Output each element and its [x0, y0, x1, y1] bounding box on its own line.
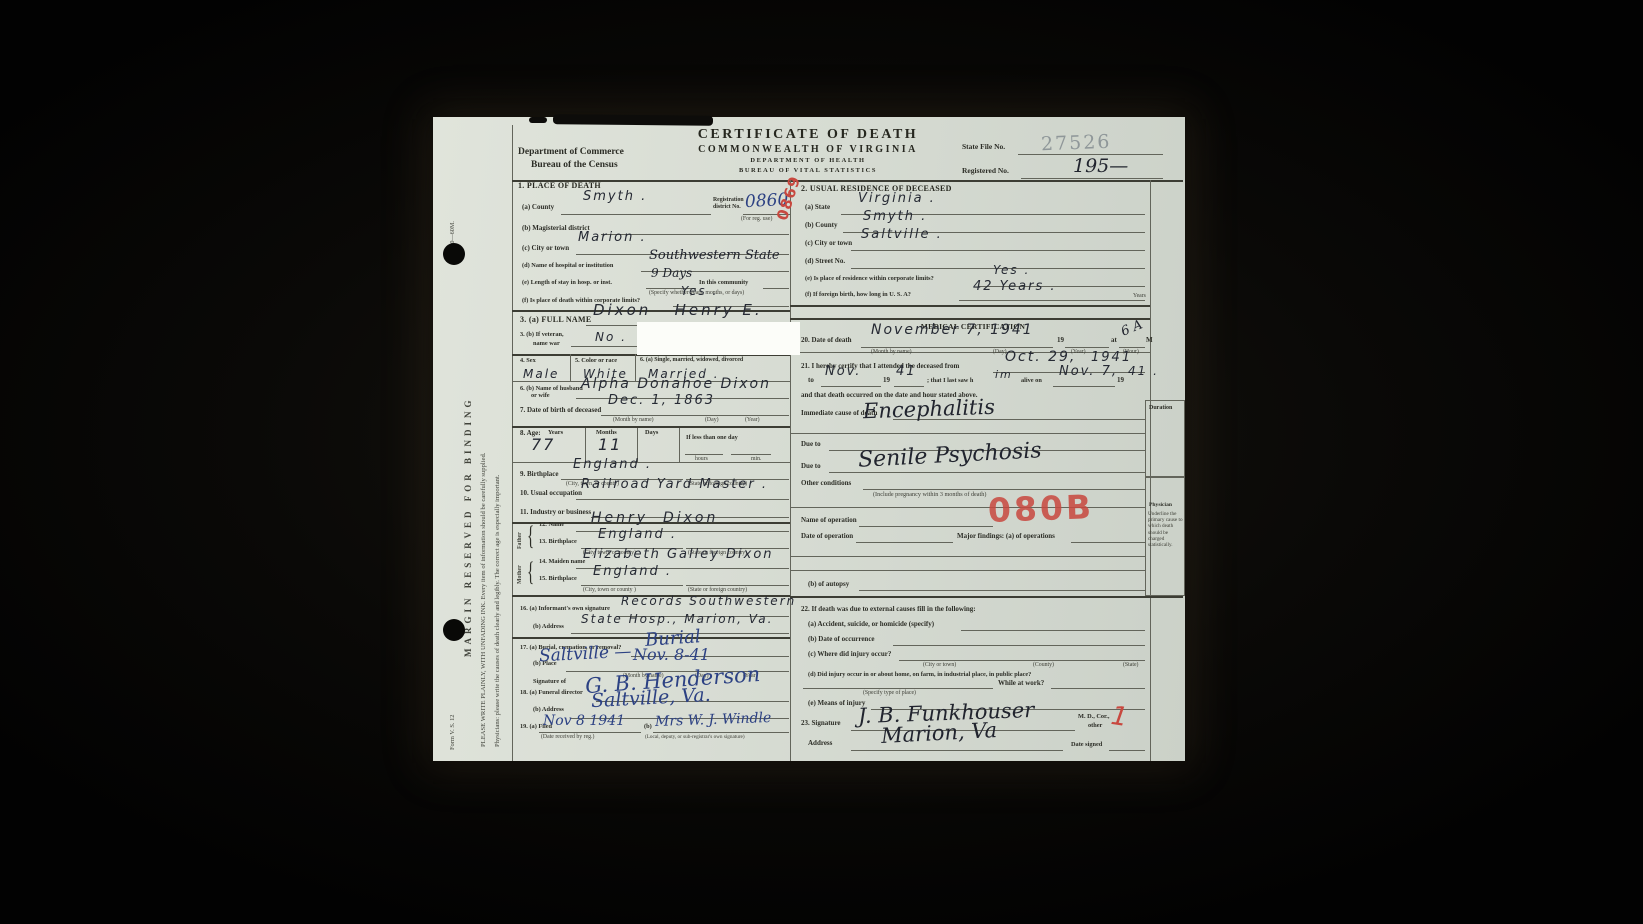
- while-at-work-label: While at work?: [998, 679, 1044, 687]
- injury-state-note: (State): [1123, 662, 1138, 668]
- section-divider: [512, 426, 790, 428]
- other-conditions-label: Other conditions: [801, 479, 851, 487]
- alive-on-year: 41 .: [1128, 364, 1159, 378]
- rule: [561, 214, 711, 215]
- header-divider: [512, 180, 1183, 182]
- attended-from-year: 1941: [1091, 350, 1132, 365]
- foreign-birth-label: (f) If foreign birth, how long in U. S. …: [805, 291, 911, 298]
- state-file-label: State File No.: [962, 142, 1005, 151]
- due-to-label-2: Due to: [801, 462, 821, 470]
- alive-on-label: alive on: [1021, 377, 1042, 384]
- md-cor-label: M. D., Cor.,: [1078, 713, 1109, 720]
- mother-birthplace-note1: (City, town or county ): [583, 587, 636, 593]
- veteran-label: 3. (b) If veteran,: [520, 331, 564, 338]
- him-value: im: [995, 368, 1013, 381]
- filed-date-note: (Date received by reg.): [541, 734, 594, 740]
- meridiem-label: M: [1146, 336, 1153, 344]
- mother-maiden-value: Elizabeth Galley Dixon: [583, 547, 774, 562]
- veteran-label2: name war: [533, 340, 560, 347]
- mother-brace: {: [527, 559, 534, 590]
- min-label: min.: [751, 456, 761, 462]
- mother-birthplace-label: 15. Birthplace: [539, 575, 577, 582]
- full-name-value: Dixon Henry E.: [593, 301, 763, 319]
- rule: [851, 750, 1063, 751]
- residence-city-value: Saltville .: [861, 227, 943, 242]
- age-years-value: 77: [531, 435, 555, 454]
- registration-district-label2: district No.: [713, 204, 741, 210]
- section-divider: [790, 596, 1183, 598]
- city-label: (c) City or town: [522, 244, 569, 252]
- hours-label: hours: [695, 456, 708, 462]
- injury-place-label: (d) Did injury occur in or about home, o…: [808, 671, 1031, 678]
- injury-county-note: (County): [1033, 662, 1054, 668]
- rule: [829, 472, 1145, 473]
- bureau-census: Bureau of the Census: [531, 160, 618, 170]
- last-saw-label: ; that I last saw h: [927, 377, 973, 384]
- printed-19a: 19: [883, 376, 890, 384]
- rule: [1053, 386, 1115, 387]
- printed-19b: 19: [1117, 376, 1124, 384]
- birth-date-value: Dec. 1, 1863: [608, 393, 715, 408]
- father-name-label: 12. Name: [539, 521, 564, 528]
- physician-note: Underline the primary cause to which dea…: [1148, 511, 1183, 548]
- death-date-label: 20. Date of death: [801, 336, 852, 344]
- physician-address-label: Address: [808, 739, 832, 747]
- rule: [959, 300, 1145, 301]
- dept-health: DEPARTMENT OF HEALTH: [663, 157, 953, 164]
- birth-date-label: 7. Date of birth of deceased: [520, 406, 601, 414]
- residence-corporate-label: (e) Is place of residence within corpora…: [805, 275, 934, 282]
- injury-city-note: (City or town): [923, 662, 956, 668]
- major-findings-label: Major findings: (a) of operations: [957, 532, 1055, 540]
- death-month-note: (Month by name): [871, 349, 912, 355]
- city-value: Marion .: [578, 230, 647, 245]
- rule: [893, 645, 1145, 646]
- rule: [653, 732, 789, 733]
- alive-on-value: Nov. 7,: [1059, 364, 1118, 379]
- rule: [581, 585, 683, 586]
- filed-date-value: Nov 8 1941: [543, 713, 625, 729]
- form-left-border: [512, 125, 513, 761]
- rule: [1051, 688, 1145, 689]
- rule: [685, 454, 723, 455]
- rule: [859, 590, 1145, 591]
- sex-label: 4. Sex: [520, 357, 536, 364]
- occupation-value: Railroad Yard Master .: [581, 477, 768, 492]
- printed-19: 19: [1057, 336, 1064, 344]
- punch-hole: [443, 243, 465, 265]
- mother-birthplace-note2: (State or foreign country): [688, 587, 747, 593]
- residence-county-label: (b) County: [805, 221, 837, 229]
- informant-value: Records Southwestern: [621, 594, 796, 608]
- informant-label: 16. (a) Informant's own signature: [520, 605, 610, 612]
- rule: [821, 386, 881, 387]
- due-to-label-1: Due to: [801, 440, 821, 448]
- hospital-label: (d) Name of hospital or institution: [522, 262, 613, 269]
- attended-to-value: Nov.: [825, 364, 861, 379]
- scan-artifact: [553, 114, 713, 126]
- rule: [961, 630, 1145, 631]
- birthplace-label: 9. Birthplace: [520, 470, 559, 478]
- punch-hole: [443, 619, 465, 641]
- county-value: Smyth .: [583, 189, 647, 204]
- street-no-label: (d) Street No.: [805, 257, 845, 265]
- mother-maiden-label: 14. Maiden name: [539, 558, 585, 565]
- age-days-label: Days: [645, 429, 658, 436]
- residence-city-label: (c) City or town: [805, 239, 852, 247]
- registered-no-value: 195—: [1073, 155, 1128, 177]
- injury-where-label: (c) Where did injury occur?: [808, 650, 891, 658]
- rule: [899, 660, 1145, 661]
- funeral-address-label: (b) Address: [533, 706, 564, 713]
- redaction-box: [637, 322, 800, 355]
- veteran-value: No .: [595, 330, 627, 344]
- spouse-value: Alpha Donahoe Dixon: [581, 376, 771, 392]
- signature-of-label: Signature of: [533, 678, 566, 685]
- rule: [539, 732, 641, 733]
- full-name-label: 3. (a) FULL NAME: [520, 315, 591, 324]
- certificate-title: CERTIFICATE OF DEATH: [663, 127, 953, 143]
- father-birthplace-value: England .: [598, 527, 677, 542]
- years-note: Years: [1133, 293, 1146, 299]
- scan-artifact: [529, 117, 547, 123]
- month-note: (Month by name): [613, 417, 654, 423]
- margin-instructions-line2: Physicians: please write the causes of d…: [494, 129, 501, 747]
- rule: [576, 499, 789, 500]
- occurrence-date-label: (b) Date of occurrence: [808, 635, 875, 643]
- date-signed-label: Date signed: [1071, 741, 1102, 748]
- section-divider: [790, 305, 1150, 307]
- rule: [1021, 178, 1163, 179]
- cell-divider: [570, 354, 571, 381]
- attended-from-value: Oct. 29,: [1005, 349, 1076, 365]
- marital-label: 6. (a) Single, married, widowed, divorce…: [640, 357, 743, 363]
- rule: [861, 347, 1053, 348]
- less-than-day-label: If less than one day: [686, 434, 738, 441]
- rule: [790, 433, 1145, 434]
- accident-label: (a) Accident, suicide, or homicide (spec…: [808, 620, 934, 628]
- place-type-note: (Specify type of place): [863, 690, 916, 696]
- due-to-value: Senile Psychosis: [857, 438, 1042, 473]
- rule: [790, 556, 1145, 557]
- bureau-vital-statistics: BUREAU OF VITAL STATISTICS: [663, 167, 953, 174]
- registration-district-label: Registration: [713, 197, 744, 203]
- foreign-birth-value: 42 Years .: [973, 279, 1057, 294]
- commonwealth-subtitle: COMMONWEALTH OF VIRGINIA: [663, 144, 953, 155]
- attended-to-year: 41: [896, 364, 917, 379]
- immediate-cause-value: Encephalitis: [863, 395, 996, 424]
- age-months-value: 11: [598, 435, 622, 454]
- spouse-label: 6. (b) Name of husband: [520, 385, 583, 392]
- rule: [894, 386, 924, 387]
- rule: [1071, 542, 1145, 543]
- spouse-label2: or wife: [531, 392, 550, 399]
- informant-address-label: (b) Address: [533, 623, 564, 630]
- day-note: (Day): [705, 417, 719, 423]
- race-label: 5. Color or race: [575, 357, 617, 364]
- binding-notice: MARGIN RESERVED FOR BINDING: [463, 257, 473, 657]
- at-label: at: [1111, 336, 1117, 344]
- stay-label: (e) Length of stay in hosp. or inst.: [522, 279, 612, 286]
- form-code: Form V. S. 12: [449, 625, 456, 750]
- birthplace-value: England .: [573, 457, 652, 472]
- sex-value: Male: [523, 367, 559, 381]
- rule: [851, 250, 1145, 251]
- residence-state-label: (a) State: [805, 203, 830, 211]
- death-date-value: November 7, 1941: [871, 322, 1034, 338]
- registrar-b-label: (b): [644, 723, 652, 730]
- stay-value: 9 Days: [651, 266, 692, 280]
- rule: [790, 570, 1145, 571]
- duration-box: [1145, 400, 1185, 477]
- corporate-limits-value: Yes .: [681, 284, 718, 298]
- state-file-stamp: 27526: [1041, 131, 1112, 155]
- rule: [1119, 347, 1145, 348]
- father-label: Father: [517, 523, 523, 549]
- death-hour-value: 6 A: [1119, 317, 1145, 339]
- code-stamp: 080B: [987, 487, 1094, 530]
- operation-name-label: Name of operation: [801, 516, 857, 524]
- mother-label: Mother: [517, 558, 523, 584]
- to-label: to: [808, 376, 814, 384]
- rule: [1065, 347, 1109, 348]
- industry-label: 11. Industry or business: [520, 508, 591, 516]
- residence-state-value: Virginia .: [858, 191, 936, 206]
- rule: [803, 688, 993, 689]
- occupation-label: 10. Usual occupation: [520, 489, 582, 497]
- burial-place-value: Saltville —: [539, 642, 632, 667]
- physician-label: Physician: [1149, 502, 1172, 508]
- registrar-signature: Mrs W. J. Windle: [655, 710, 772, 730]
- death-certificate-document: 11-18-40—60M. MARGIN RESERVED FOR BINDIN…: [433, 117, 1185, 761]
- for-reg-use-note: (For reg. use): [741, 216, 772, 222]
- duration-label: Duration: [1149, 405, 1172, 411]
- hospital-value: Southwestern State: [649, 248, 780, 263]
- pregnancy-note: (Include pregnancy within 3 months of de…: [873, 491, 986, 498]
- residence-county-value: Smyth .: [863, 209, 927, 224]
- autopsy-label: (b) of autopsy: [808, 580, 849, 588]
- year-note: (Year): [745, 417, 760, 423]
- rule: [856, 542, 953, 543]
- cell-divider: [679, 428, 680, 462]
- rule: [1109, 750, 1145, 751]
- dept-commerce: Department of Commerce: [518, 147, 624, 157]
- red-tally-mark: 1: [1109, 701, 1130, 733]
- residence-corporate-value: Yes .: [993, 263, 1030, 277]
- operation-date-label: Date of operation: [801, 532, 853, 540]
- mother-birthplace-value: England .: [593, 564, 672, 579]
- father-brace: {: [527, 523, 534, 554]
- rule: [601, 415, 789, 416]
- med-cert-top-border: [790, 318, 1150, 320]
- other-label: other: [1088, 722, 1102, 729]
- rule: [859, 526, 993, 527]
- external-causes-title: 22. If death was due to external causes …: [801, 605, 976, 613]
- margin-instructions-line1: PLEASE WRITE PLAINLY, WITH UNFADING INK.…: [480, 129, 487, 747]
- physician-signature-label: 23. Signature: [801, 719, 841, 727]
- column-divider: [790, 180, 791, 761]
- physician-address-value: Marion, Va: [880, 718, 997, 748]
- father-birthplace-label: 13. Birthplace: [539, 538, 577, 545]
- informant-address-value: State Hosp., Marion, Va.: [581, 612, 773, 626]
- rule: [763, 288, 789, 289]
- county-label: (a) County: [522, 203, 554, 211]
- registrar-note: (Local, deputy, or sub-registrar's own s…: [645, 734, 745, 740]
- rule: [686, 585, 789, 586]
- burial-date-value: Nov. 8-41: [633, 645, 710, 664]
- funeral-director-label: 18. (a) Funeral director: [520, 689, 583, 696]
- rule: [731, 454, 771, 455]
- registered-no-label: Registered No.: [962, 166, 1009, 175]
- father-name-value: Henry Dixon: [591, 510, 718, 526]
- scan-background: 11-18-40—60M. MARGIN RESERVED FOR BINDIN…: [0, 0, 1643, 924]
